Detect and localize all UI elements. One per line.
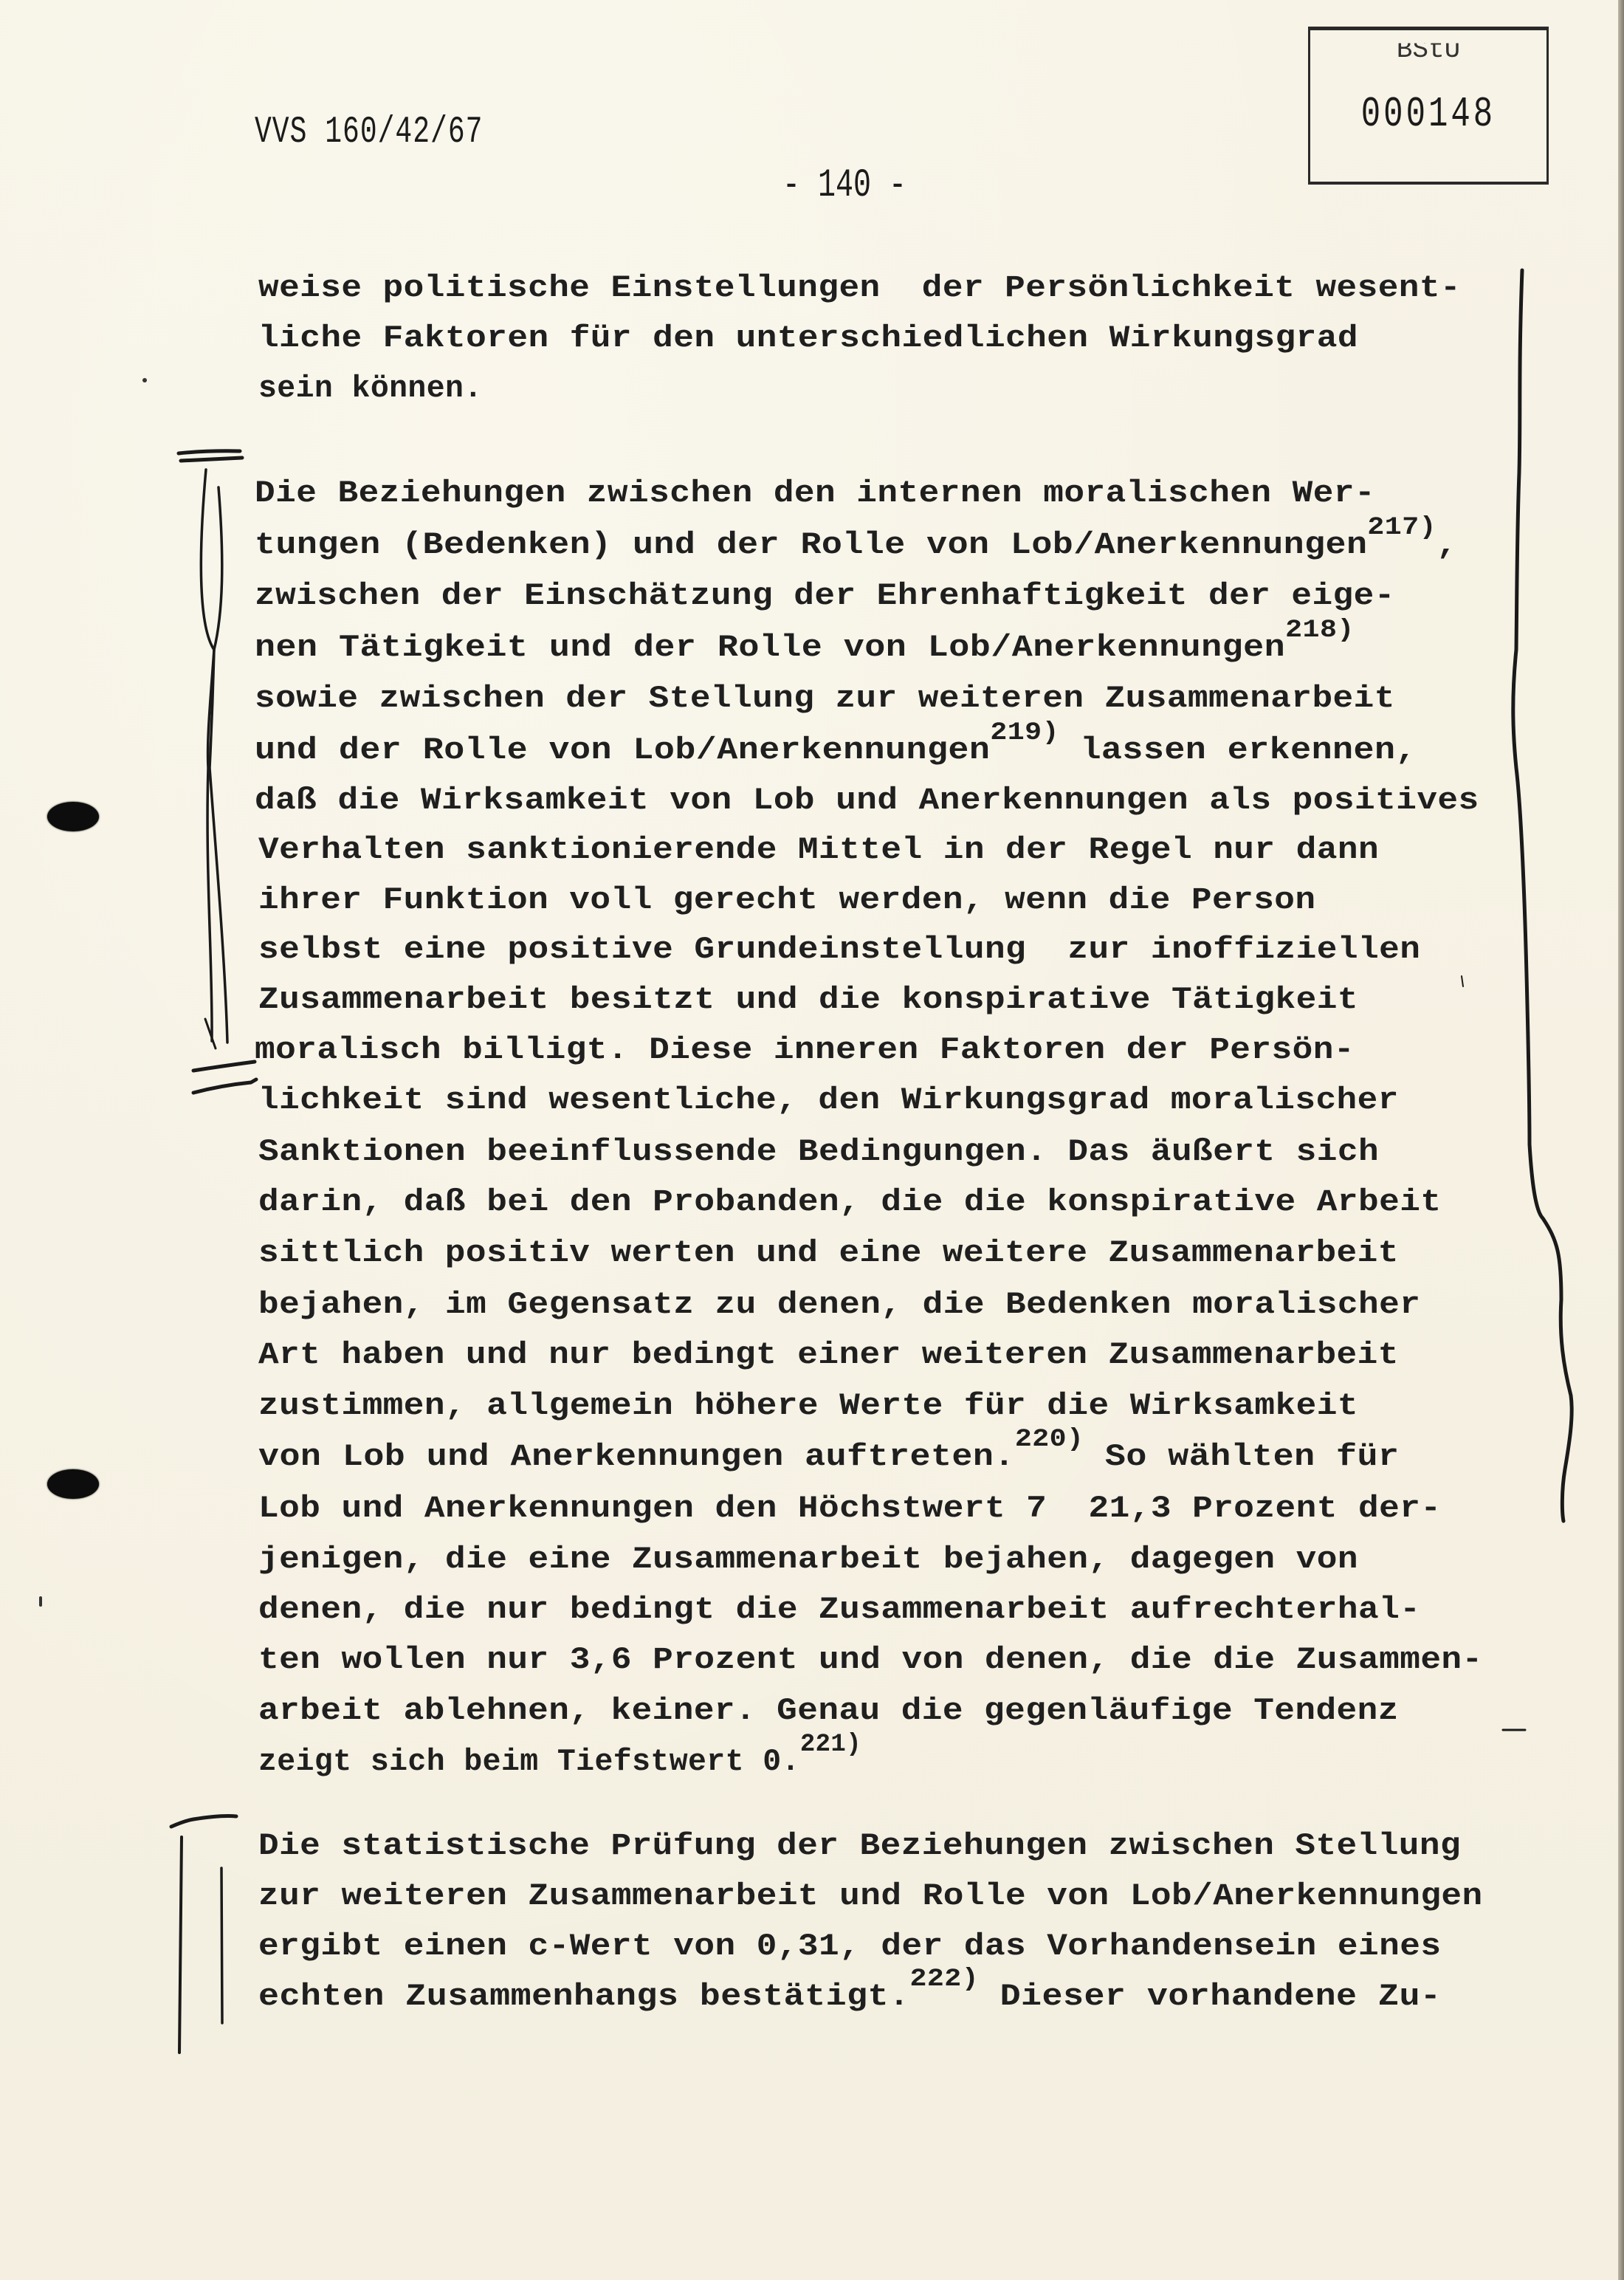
line-text: sowie zwischen der Stellung zur weiteren… xyxy=(255,681,1395,716)
text-line: echten Zusammenhangs bestätigt.222) Dies… xyxy=(258,1982,1441,2013)
text-line: lichkeit sind wesentliche, den Wirkungsg… xyxy=(258,1085,1399,1116)
text-line: darin, daß bei den Probanden, die die ko… xyxy=(258,1187,1441,1218)
text-line: bejahen, im Gegensatz zu denen, die Bede… xyxy=(258,1290,1420,1321)
line-text: Lob und Anerkennungen den Höchstwert 7 2… xyxy=(258,1491,1441,1526)
line-text: nen Tätigkeit und der Rolle von Lob/Aner… xyxy=(255,631,1285,665)
line-text: darin, daß bei den Probanden, die die ko… xyxy=(258,1185,1441,1220)
line-text: zwischen der Einschätzung der Ehrenhafti… xyxy=(255,579,1395,614)
line-text: Verhalten sanktionierende Mittel in der … xyxy=(258,833,1379,868)
text-line: Verhalten sanktionierende Mittel in der … xyxy=(258,835,1379,866)
text-line: Art haben und nur bedingt einer weiteren… xyxy=(258,1340,1399,1371)
line-text: von Lob und Anerkennungen auftreten. xyxy=(258,1440,1015,1474)
line-text: liche Faktoren für den unterschiedlichen… xyxy=(258,321,1358,356)
text-line: und der Rolle von Lob/Anerkennungen219) … xyxy=(255,735,1417,766)
text-line: nen Tätigkeit und der Rolle von Lob/Aner… xyxy=(255,633,1355,664)
footnote-marker: 220) xyxy=(1015,1426,1084,1454)
footnote-marker: 222) xyxy=(909,1965,979,1994)
footnote-marker: 219) xyxy=(990,719,1059,747)
line-text: echten Zusammenhangs bestätigt. xyxy=(258,1979,909,2014)
text-line: jenigen, die eine Zusammenarbeit bejahen… xyxy=(258,1545,1358,1576)
line-text: Art haben und nur bedingt einer weiteren… xyxy=(258,1338,1399,1373)
text-line: sowie zwischen der Stellung zur weiteren… xyxy=(255,684,1395,715)
footnote-marker: 221) xyxy=(800,1731,861,1759)
text-line: zur weiteren Zusammenarbeit und Rolle vo… xyxy=(258,1881,1483,1912)
line-text-continued: lassen erkennen, xyxy=(1059,733,1417,768)
text-line: selbst eine positive Grundeinstellung zu… xyxy=(258,935,1420,966)
line-text: tungen (Bedenken) und der Rolle von Lob/… xyxy=(255,528,1367,563)
line-text: Zusammenarbeit besitzt und die konspirat… xyxy=(258,983,1358,1017)
text-line: ten wollen nur 3,6 Prozent und von denen… xyxy=(258,1645,1483,1676)
line-text: zur weiteren Zusammenarbeit und Rolle vo… xyxy=(258,1879,1483,1914)
text-line: daß die Wirksamkeit von Lob und Anerkenn… xyxy=(255,786,1479,817)
text-line: liche Faktoren für den unterschiedlichen… xyxy=(258,323,1358,354)
text-line: Die Beziehungen zwischen den internen mo… xyxy=(255,478,1375,509)
line-text: zeigt sich beim Tiefstwert 0. xyxy=(258,1745,800,1779)
footnote-marker: 217) xyxy=(1367,514,1437,542)
text-line: Zusammenarbeit besitzt und die konspirat… xyxy=(258,985,1358,1016)
text-line: Die statistische Prüfung der Beziehungen… xyxy=(258,1831,1461,1862)
text-line: Sanktionen beeinflussende Bedingungen. D… xyxy=(258,1137,1379,1168)
line-text: Die Beziehungen zwischen den internen mo… xyxy=(255,476,1375,511)
line-text-continued: So wählten für xyxy=(1084,1440,1399,1474)
text-line: zeigt sich beim Tiefstwert 0.221) xyxy=(258,1747,861,1778)
line-text: zustimmen, allgemein höhere Werte für di… xyxy=(258,1389,1358,1424)
text-line: ihrer Funktion voll gerecht werden, wenn… xyxy=(258,885,1315,916)
line-text: lichkeit sind wesentliche, den Wirkungsg… xyxy=(258,1083,1399,1118)
line-text: ten wollen nur 3,6 Prozent und von denen… xyxy=(258,1643,1483,1678)
line-text: und der Rolle von Lob/Anerkennungen xyxy=(255,733,990,768)
line-text: Die statistische Prüfung der Beziehungen… xyxy=(258,1829,1461,1864)
line-text: ergibt einen c-Wert von 0,31, der das Vo… xyxy=(258,1929,1441,1964)
text-line: sittlich positiv werten und eine weitere… xyxy=(258,1238,1399,1269)
line-text: arbeit ablehnen, keiner. Genau die gegen… xyxy=(258,1694,1399,1728)
line-text: daß die Wirksamkeit von Lob und Anerkenn… xyxy=(255,783,1479,818)
text-line: moralisch billigt. Diese inneren Faktore… xyxy=(255,1035,1355,1066)
text-line: arbeit ablehnen, keiner. Genau die gegen… xyxy=(258,1696,1399,1727)
line-text: jenigen, die eine Zusammenarbeit bejahen… xyxy=(258,1542,1358,1577)
text-line: sein können. xyxy=(258,374,483,405)
text-line: von Lob und Anerkennungen auftreten.220)… xyxy=(258,1442,1399,1473)
line-text: weise politische Einstellungen der Persö… xyxy=(258,271,1461,306)
text-line: ergibt einen c-Wert von 0,31, der das Vo… xyxy=(258,1932,1441,1963)
line-text: bejahen, im Gegensatz zu denen, die Bede… xyxy=(258,1288,1420,1322)
line-text: moralisch billigt. Diese inneren Faktore… xyxy=(255,1033,1355,1068)
line-text: selbst eine positive Grundeinstellung zu… xyxy=(258,933,1420,967)
text-line: tungen (Bedenken) und der Rolle von Lob/… xyxy=(255,530,1457,561)
line-text: Sanktionen beeinflussende Bedingungen. D… xyxy=(258,1135,1379,1170)
line-text: ihrer Funktion voll gerecht werden, wenn… xyxy=(258,883,1315,918)
text-line: zwischen der Einschätzung der Ehrenhafti… xyxy=(255,581,1395,612)
text-line: Lob und Anerkennungen den Höchstwert 7 2… xyxy=(258,1494,1441,1525)
text-line: zustimmen, allgemein höhere Werte für di… xyxy=(258,1391,1358,1422)
line-text: sein können. xyxy=(258,371,483,406)
line-text-continued: , xyxy=(1437,528,1457,563)
text-line: weise politische Einstellungen der Persö… xyxy=(258,273,1461,304)
line-text: sittlich positiv werten und eine weitere… xyxy=(258,1236,1399,1271)
footnote-marker: 218) xyxy=(1285,617,1355,645)
line-text: denen, die nur bedingt die Zusammenarbei… xyxy=(258,1593,1420,1627)
text-line: denen, die nur bedingt die Zusammenarbei… xyxy=(258,1595,1420,1626)
line-text-continued: Dieser vorhandene Zu- xyxy=(979,1979,1441,2014)
